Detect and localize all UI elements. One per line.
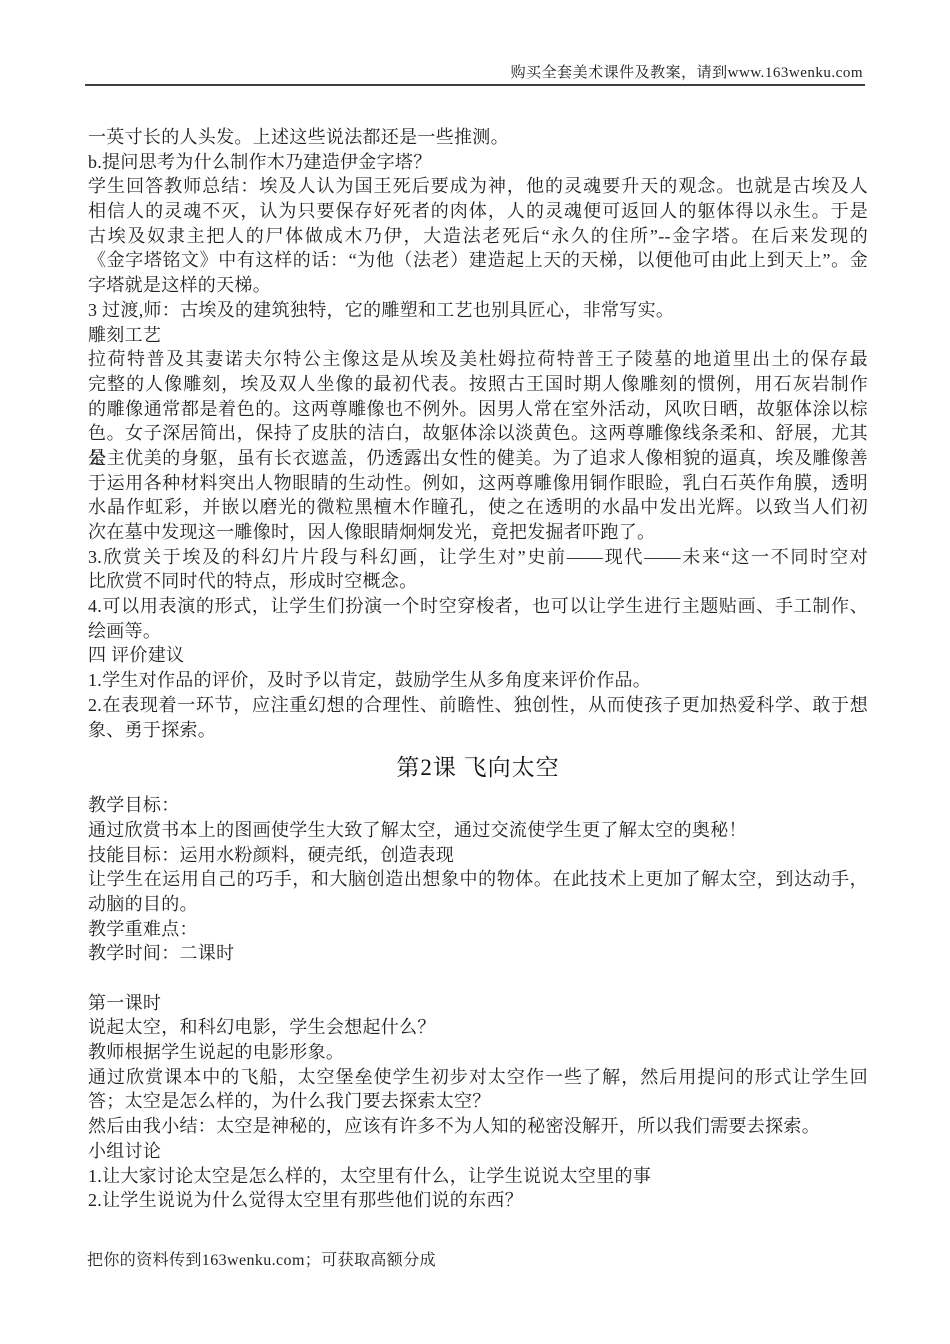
text-line: 《金字塔铭文》中有这样的话：“为他（法老）建造起上天的天梯，以便他可由此上到天上… — [88, 248, 868, 273]
text-line: 教师根据学生说起的电影形象。 — [88, 1040, 868, 1065]
footer-promo-link[interactable]: 把你的资料传到163wenku.com；可获取高额分成 — [87, 1247, 436, 1270]
text-line: 然后由我小结：太空是神秘的，应该有许多不为人知的秘密没解开，所以我们需要去探索。 — [88, 1114, 868, 1139]
text-line: 2.在表现着一环节，应注重幻想的合理性、前瞻性、独创性，从而使孩子更加热爱科学、… — [88, 693, 868, 718]
text-line: 1.学生对作品的评价，及时予以肯定，鼓励学生从多角度来评价作品。 — [88, 668, 868, 693]
text-line: 通过欣赏课本中的飞船，太空堡垒使学生初步对太空作一些了解，然后用提问的形式让学生… — [88, 1065, 868, 1090]
text-line: 完整的人像雕刻，埃及双人坐像的最初代表。按照古王国时期人像雕刻的惯例，用石灰岩制… — [88, 372, 868, 397]
text-line: 色。女子深居简出，保持了皮肤的洁白，故躯体涂以淡黄色。这两尊雕像线条柔和、舒展，… — [88, 421, 868, 446]
text-line: 1.让大家讨论太空是怎么样的，太空里有什么，让学生说说太空里的事 — [88, 1164, 868, 1189]
text-line: 的雕像通常都是着色的。这两尊雕像也不例外。因男人常在室外活动，风吹日晒，故躯体涂… — [88, 397, 868, 422]
text-line: 通过欣赏书本上的图画使学生大致了解太空，通过交流使学生更了解太空的奥秘！ — [88, 818, 868, 843]
text-line: 次在墓中发现这一雕像时，因人像眼睛炯炯发光，竟把发掘者吓跑了。 — [88, 520, 868, 545]
text-line: 2.让学生说说为什么觉得太空里有那些他们说的东西？ — [88, 1188, 868, 1213]
text-line: 让学生在运用自己的巧手，和大脑创造出想象中的物体。在此技术上更加了解太空，到达动… — [88, 867, 868, 892]
text-line: 教学重难点： — [88, 917, 868, 942]
text-line: 水晶作虹彩，并嵌以磨光的微粒黑檀木作瞳孔，使之在透明的水晶中发出光辉。以致当人们… — [88, 495, 868, 520]
text-line: 小组讨论 — [88, 1139, 868, 1164]
header-divider — [85, 84, 865, 86]
text-line: 动脑的目的。 — [88, 892, 868, 917]
text-line: 3.欣赏关于埃及的科幻片片段与科幻画，让学生对”史前——现代——未来“这一不同时… — [88, 545, 868, 570]
text-line: 教学目标： — [88, 793, 868, 818]
text-line: 四 评价建议 — [88, 643, 868, 668]
text-line: 教学时间：二课时 — [88, 941, 868, 966]
text-line: 答；太空是怎么样的，为什么我门要去探索太空？ — [88, 1089, 868, 1114]
text-line: 第一课时 — [88, 991, 868, 1016]
blank-line — [88, 966, 868, 991]
text-line: 拉荷特普及其妻诺夫尔特公主像这是从埃及美杜姆拉荷特普王子陵墓的地道里出土的保存最 — [88, 347, 868, 372]
text-line: 绘画等。 — [88, 619, 868, 644]
text-line: 相信人的灵魂不灭，认为只要保存好死者的肉体，人的灵魂便可返回人的躯体得以永生。于… — [88, 199, 868, 224]
text-line: 4.可以用表演的形式，让学生们扮演一个时空穿梭者，也可以让学生进行主题贴画、手工… — [88, 594, 868, 619]
text-line: 技能目标：运用水粉颜料，硬壳纸，创造表现 — [88, 843, 868, 868]
text-line: 学生回答教师总结：埃及人认为国王死后要成为神，他的灵魂要升天的观念。也就是古埃及… — [88, 174, 868, 199]
text-line: 象、勇于探索。 — [88, 718, 868, 743]
text-line: 说起太空，和科幻电影，学生会想起什么？ — [88, 1015, 868, 1040]
text-line: 比欣赏不同时代的特点，形成时空概念。 — [88, 569, 868, 594]
text-line: 一英寸长的人头发。上述这些说法都还是一些推测。 — [88, 125, 868, 150]
document-page: 购买全套美术课件及教案，请到www.163wenku.com 一英寸长的人头发。… — [0, 0, 950, 1344]
text-line: 古埃及奴隶主把人的尸体做成木乃伊，大造法老死后“永久的住所”--金字塔。在后来发… — [88, 224, 868, 249]
document-body: 一英寸长的人头发。上述这些说法都还是一些推测。b.提问思考为什么制作木乃建造伊金… — [88, 125, 868, 1213]
text-line: 于运用各种材料突出人物眼睛的生动性。例如，这两尊雕像用铜作眼睑，乳白石英作角膜，… — [88, 471, 868, 496]
text-line: 雕刻工艺 — [88, 323, 868, 348]
text-line: 公主优美的身躯，虽有长衣遮盖，仍透露出女性的健美。为了追求人像相貌的逼真，埃及雕… — [88, 446, 868, 471]
text-line: b.提问思考为什么制作木乃建造伊金字塔？ — [88, 150, 868, 175]
text-line: 3 过渡,师：古埃及的建筑独特，它的雕塑和工艺也别具匠心，非常写实。 — [88, 298, 868, 323]
text-line: 字塔就是这样的天梯。 — [88, 273, 868, 298]
header-promo-link[interactable]: 购买全套美术课件及教案，请到www.163wenku.com — [511, 61, 863, 82]
section-heading: 第2课 飞向太空 — [88, 742, 868, 793]
